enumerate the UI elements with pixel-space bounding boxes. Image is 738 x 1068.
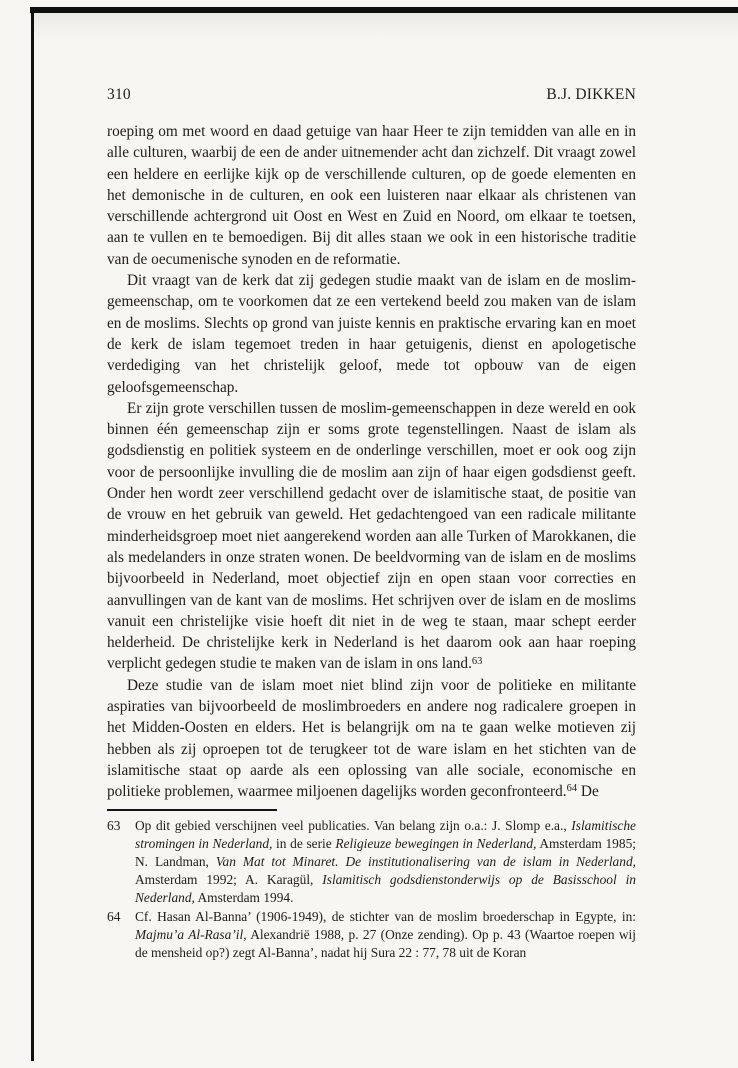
text-segment: Dit vraagt van de kerk dat zij gedegen s…	[107, 272, 636, 395]
body-text: roeping om met woord en daad getuige van…	[107, 121, 636, 803]
paragraph: Er zijn grote verschillen tussen de mosl…	[107, 398, 636, 675]
footnote-reference: 64	[567, 783, 578, 794]
text-segment: in de serie	[272, 836, 335, 851]
running-title: B.J. DIKKEN	[546, 84, 636, 105]
text-segment: De	[577, 783, 599, 800]
footnote: 64Cf. Hasan Al-Banna’ (1906-1949), de st…	[107, 908, 636, 963]
running-header: 310 B.J. DIKKEN	[107, 84, 636, 105]
text-segment: Majmu’a Al-Rasa’il,	[135, 927, 247, 942]
text-segment: Er zijn grote verschillen tussen de mosl…	[107, 400, 636, 673]
scanned-book-page: 310 B.J. DIKKEN roeping om met woord en …	[0, 0, 738, 1068]
footnote-number: 63	[107, 817, 135, 835]
footnote-number: 64	[107, 908, 135, 926]
paragraph: roeping om met woord en daad getuige van…	[107, 121, 636, 270]
text-segment: Amsterdam 1994.	[195, 890, 294, 905]
scan-frame-left-edge	[31, 7, 34, 1061]
footnote-reference: 63	[472, 656, 483, 667]
page-number: 310	[107, 84, 131, 105]
text-segment: Deze studie van de islam moet niet blind…	[107, 677, 636, 800]
footnotes: 63Op dit gebied verschijnen veel publica…	[107, 817, 636, 963]
page-content: 310 B.J. DIKKEN roeping om met woord en …	[107, 84, 636, 962]
text-segment: roeping om met woord en daad getuige van…	[107, 123, 636, 268]
text-segment: Amsterdam 1992; A. Karagül,	[135, 872, 322, 887]
text-segment: Van Mat tot Minaret. De institutionalise…	[216, 854, 636, 869]
paragraph: Dit vraagt van de kerk dat zij gedegen s…	[107, 270, 636, 398]
footnote-rule	[107, 809, 277, 811]
scan-frame-top-bar	[30, 7, 738, 13]
text-segment: Cf. Hasan Al-Banna’ (1906-1949), de stic…	[135, 909, 636, 924]
paragraph: Deze studie van de islam moet niet blind…	[107, 675, 636, 803]
text-segment: Op dit gebied verschijnen veel publicati…	[135, 818, 571, 833]
text-segment: Religieuze bewegingen in Nederland,	[335, 836, 536, 851]
footnote: 63Op dit gebied verschijnen veel publica…	[107, 817, 636, 908]
